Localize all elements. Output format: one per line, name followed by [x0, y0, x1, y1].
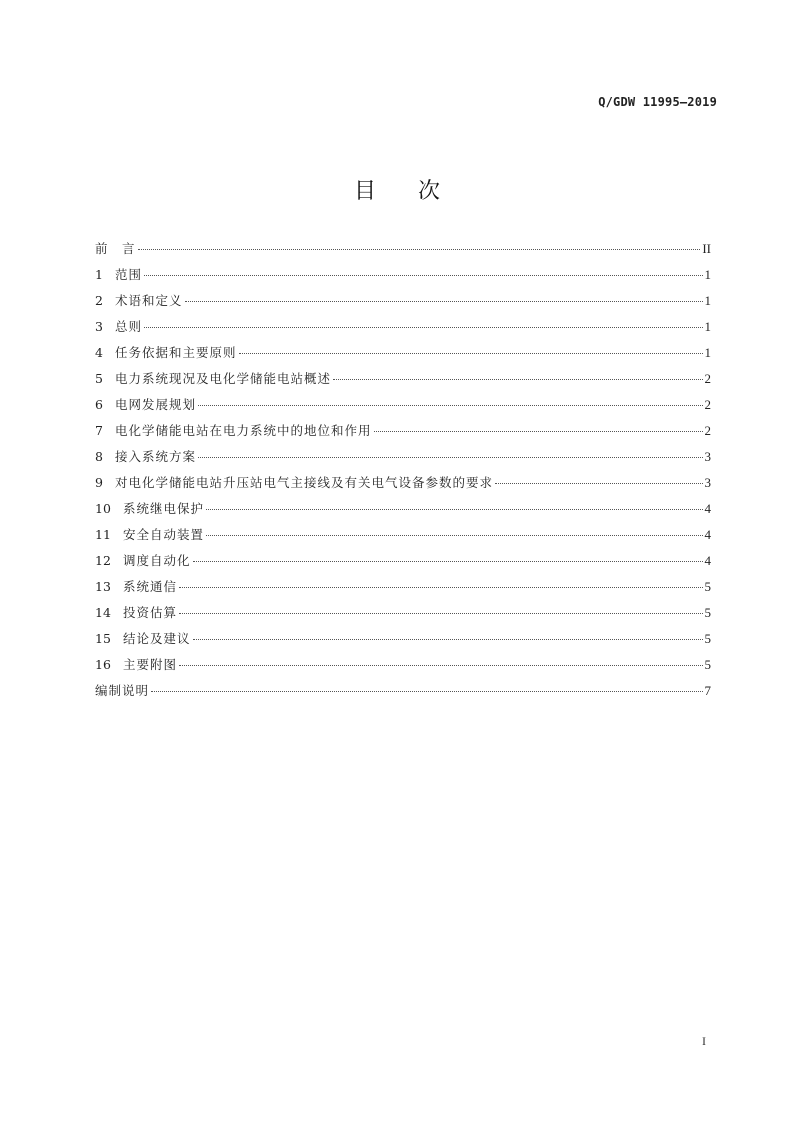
dot-leader	[198, 457, 702, 458]
toc-entry-number: 15	[95, 630, 123, 648]
toc-entry-explanation[interactable]: 编制说明 7	[95, 682, 711, 708]
toc-entry-page: 1	[705, 344, 712, 362]
toc-entry-page: 1	[705, 266, 712, 284]
toc-entry-label: 编制说明	[95, 682, 149, 700]
toc-entry-label: 电网发展规划	[115, 396, 196, 414]
toc-entry-number: 11	[95, 526, 123, 544]
toc-entry-label: 系统通信	[123, 578, 177, 596]
toc-entry-label: 总则	[115, 318, 142, 336]
toc-entry-page: 3	[705, 474, 712, 492]
toc-entry-label: 结论及建议	[123, 630, 191, 648]
page-title: 目次	[0, 174, 794, 205]
toc-entry-number: 2	[95, 292, 115, 310]
toc-entry-1[interactable]: 1 范围 1	[95, 266, 711, 292]
toc-entry-page: 5	[705, 656, 712, 674]
toc-entry-number: 1	[95, 266, 115, 284]
toc-entry-number: 16	[95, 656, 123, 674]
toc-entry-page: 4	[705, 500, 712, 518]
toc-entry-page: 7	[705, 682, 712, 700]
toc-entry-16[interactable]: 16 主要附图 5	[95, 656, 711, 682]
toc-entry-page: II	[702, 240, 711, 258]
dot-leader	[144, 275, 702, 276]
dot-leader	[144, 327, 702, 328]
toc-entry-7[interactable]: 7 电化学储能电站在电力系统中的地位和作用 2	[95, 422, 711, 448]
toc-entry-label: 接入系统方案	[115, 448, 196, 466]
toc-entry-page: 2	[705, 370, 712, 388]
dot-leader	[179, 665, 702, 666]
toc-entry-label: 术语和定义	[115, 292, 183, 310]
title-char-1: 目	[354, 179, 376, 204]
toc-entry-2[interactable]: 2 术语和定义 1	[95, 292, 711, 318]
dot-leader	[374, 431, 703, 432]
document-code: Q/GDW 11995—2019	[598, 95, 717, 109]
toc-entry-number: 8	[95, 448, 115, 466]
toc-entry-12[interactable]: 12 调度自动化 4	[95, 552, 711, 578]
dot-leader	[193, 639, 703, 640]
toc-entry-number: 12	[95, 552, 123, 570]
toc-entry-13[interactable]: 13 系统通信 5	[95, 578, 711, 604]
toc-entry-3[interactable]: 3 总则 1	[95, 318, 711, 344]
toc-entry-8[interactable]: 8 接入系统方案 3	[95, 448, 711, 474]
toc-entry-5[interactable]: 5 电力系统现况及电化学储能电站概述 2	[95, 370, 711, 396]
toc-entry-label: 范围	[115, 266, 142, 284]
dot-leader	[495, 483, 702, 484]
toc-entry-page: 2	[705, 422, 712, 440]
dot-leader	[179, 587, 702, 588]
toc-entry-label: 任务依据和主要原则	[115, 344, 237, 362]
dot-leader	[179, 613, 702, 614]
toc-entry-label: 安全自动装置	[123, 526, 204, 544]
toc-entry-page: 5	[705, 630, 712, 648]
toc-entry-page: 5	[705, 604, 712, 622]
toc-entry-15[interactable]: 15 结论及建议 5	[95, 630, 711, 656]
toc-entry-label: 电力系统现况及电化学储能电站概述	[115, 370, 331, 388]
dot-leader	[333, 379, 702, 380]
toc-entry-label: 投资估算	[123, 604, 177, 622]
toc-entry-number: 7	[95, 422, 115, 440]
toc-entry-page: 2	[705, 396, 712, 414]
dot-leader	[198, 405, 702, 406]
title-char-2: 次	[418, 179, 440, 204]
dot-leader	[206, 535, 702, 536]
toc-entry-number: 6	[95, 396, 115, 414]
dot-leader	[239, 353, 703, 354]
toc-entry-number: 4	[95, 344, 115, 362]
toc-entry-label: 对电化学储能电站升压站电气主接线及有关电气设备参数的要求	[115, 474, 493, 492]
toc-entry-11[interactable]: 11 安全自动装置 4	[95, 526, 711, 552]
toc-entry-number: 14	[95, 604, 123, 622]
toc-entry-page: 1	[705, 318, 712, 336]
dot-leader	[138, 249, 701, 250]
dot-leader	[185, 301, 703, 302]
toc-entry-6[interactable]: 6 电网发展规划 2	[95, 396, 711, 422]
toc-entry-number: 13	[95, 578, 123, 596]
toc-entry-foreword[interactable]: 前 言 II	[95, 240, 711, 266]
toc-entry-14[interactable]: 14 投资估算 5	[95, 604, 711, 630]
toc-entry-number: 9	[95, 474, 115, 492]
dot-leader	[193, 561, 703, 562]
toc-entry-number: 5	[95, 370, 115, 388]
toc-entry-page: 4	[705, 552, 712, 570]
toc-entry-label: 系统继电保护	[123, 500, 204, 518]
page-number: I	[702, 1034, 706, 1049]
toc-entry-number: 10	[95, 500, 123, 518]
toc-entry-page: 1	[705, 292, 712, 310]
dot-leader	[206, 509, 702, 510]
toc-entry-label: 前 言	[95, 240, 136, 258]
dot-leader	[151, 691, 702, 692]
toc-entry-page: 3	[705, 448, 712, 466]
table-of-contents: 前 言 II 1 范围 1 2 术语和定义 1 3 总则 1 4 任务依据和主要…	[95, 240, 711, 708]
toc-entry-number: 3	[95, 318, 115, 336]
toc-entry-label: 调度自动化	[123, 552, 191, 570]
toc-entry-label: 主要附图	[123, 656, 177, 674]
toc-entry-9[interactable]: 9 对电化学储能电站升压站电气主接线及有关电气设备参数的要求 3	[95, 474, 711, 500]
toc-entry-10[interactable]: 10 系统继电保护 4	[95, 500, 711, 526]
toc-entry-label: 电化学储能电站在电力系统中的地位和作用	[115, 422, 372, 440]
toc-entry-page: 4	[705, 526, 712, 544]
toc-entry-page: 5	[705, 578, 712, 596]
toc-entry-4[interactable]: 4 任务依据和主要原则 1	[95, 344, 711, 370]
